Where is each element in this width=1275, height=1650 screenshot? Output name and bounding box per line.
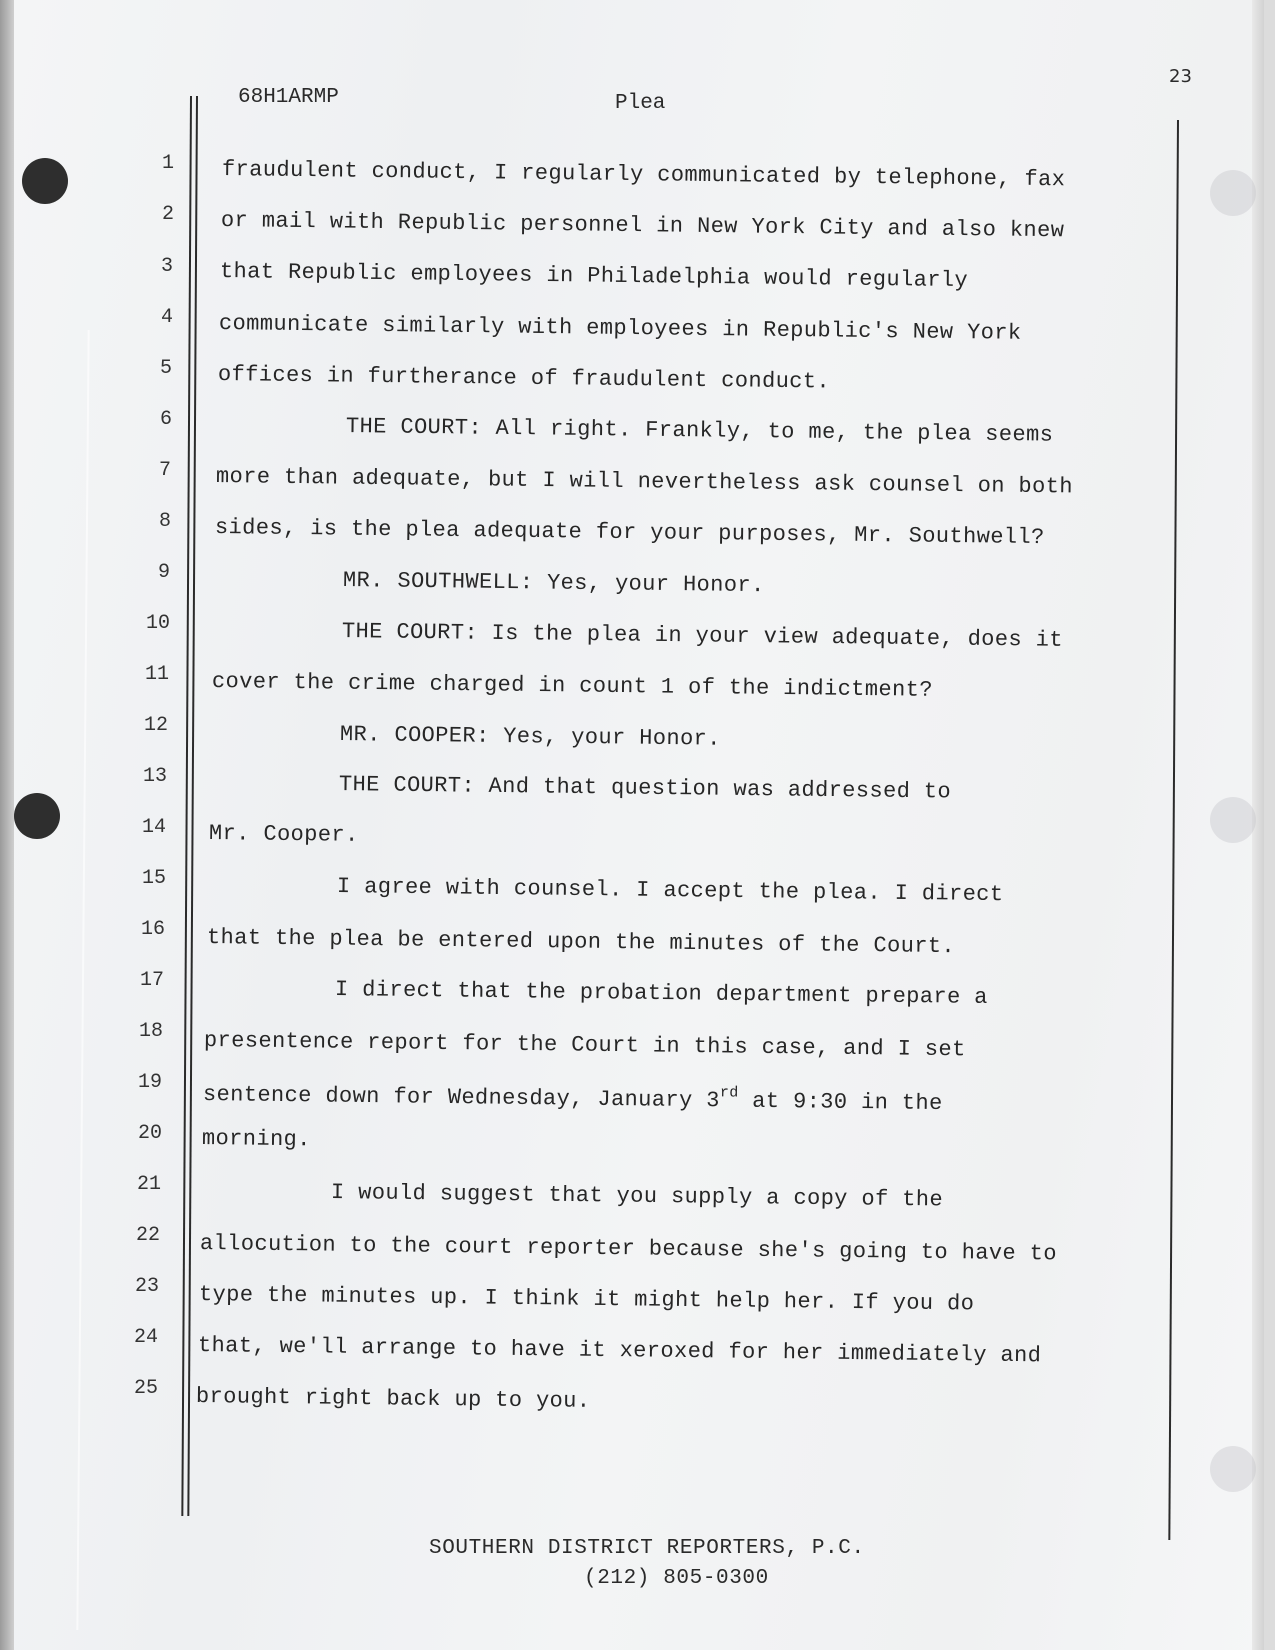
line-number: 14 (126, 816, 166, 839)
speaker-line-southwell: MR. SOUTHWELL: Yes, your Honor. (343, 568, 765, 598)
line-number: 21 (121, 1173, 161, 1196)
transcript-line: cover the crime charged in count 1 of th… (212, 669, 933, 703)
page-number: 23 (1169, 66, 1192, 87)
line-number: 20 (122, 1122, 162, 1145)
line-number: 7 (131, 459, 171, 482)
line-number: 24 (118, 1326, 158, 1349)
transcript-line: presentence report for the Court in this… (204, 1028, 966, 1062)
line-number: 25 (118, 1377, 158, 1400)
line-number: 1 (134, 152, 174, 175)
transcript-line: or mail with Republic personnel in New Y… (221, 208, 1065, 243)
line-number: 17 (124, 969, 164, 992)
speaker-line-court: THE COURT: Is the plea in your view adeq… (342, 619, 1063, 653)
line-number: 3 (133, 255, 173, 278)
speaker-line-court: THE COURT: All right. Frankly, to me, th… (346, 414, 1054, 448)
case-code: 68H1ARMP (238, 86, 339, 109)
section-title: Plea (615, 92, 665, 115)
line-number: 13 (127, 765, 167, 788)
transcript-line: I direct that the probation department p… (335, 977, 988, 1010)
line-number: 6 (132, 408, 172, 431)
transcript-line: I would suggest that you supply a copy o… (331, 1180, 943, 1212)
speaker-line-cooper: MR. COOPER: Yes, your Honor. (340, 722, 721, 752)
transcript-line: fraudulent conduct, I regularly communic… (222, 157, 1066, 192)
line-number: 10 (130, 612, 170, 635)
ordinal-suffix: rd (720, 1084, 739, 1101)
punch-hole-top (22, 158, 68, 204)
transcript-line: I agree with counsel. I accept the plea.… (337, 874, 1004, 907)
line-number: 15 (126, 867, 166, 890)
bleed-through-hole (1210, 797, 1256, 843)
line-number: 11 (129, 663, 169, 686)
transcript-line: communicate similarly with employees in … (219, 311, 1022, 346)
transcript-line: that Republic employees in Philadelphia … (220, 259, 968, 293)
paper-crease (76, 330, 89, 1630)
transcript-line: Mr. Cooper. (209, 821, 359, 848)
line-number: 8 (131, 510, 171, 533)
speaker-line-court: THE COURT: And that question was address… (339, 772, 951, 804)
transcript-line: brought right back up to you. (196, 1384, 591, 1414)
line-number: 4 (133, 306, 173, 329)
bleed-through-hole (1210, 170, 1256, 216)
transcript-line: morning. (202, 1126, 311, 1152)
line-text-after: at 9:30 in the (738, 1089, 942, 1116)
transcript-line: type the minutes up. I think it might he… (199, 1282, 975, 1316)
transcript-line: sides, is the plea adequate for your pur… (215, 515, 1045, 550)
line-number: 9 (130, 561, 170, 584)
line-number: 18 (123, 1020, 163, 1043)
punch-hole-middle (14, 793, 60, 839)
line-number: 19 (122, 1071, 162, 1094)
line-text-before: sentence down for Wednesday, January 3 (203, 1082, 720, 1113)
reporter-firm-name: SOUTHERN DISTRICT REPORTERS, P.C. (429, 1537, 865, 1560)
transcript-line: allocution to the court reporter because… (200, 1231, 1057, 1266)
transcript-line-with-superscript: sentence down for Wednesday, January 3rd… (203, 1078, 943, 1116)
bleed-through-hole (1210, 1446, 1256, 1492)
line-number: 16 (125, 918, 165, 941)
transcript-page: 68H1ARMP Plea 23 1 2 3 4 5 6 7 8 9 10 11… (14, 0, 1264, 1650)
line-number: 22 (120, 1224, 160, 1247)
line-number: 23 (119, 1275, 159, 1298)
transcript-line: that the plea be entered upon the minute… (207, 925, 955, 959)
right-margin-rule (1168, 120, 1178, 1540)
transcript-line: that, we'll arrange to have it xeroxed f… (198, 1333, 1042, 1368)
line-number: 2 (134, 203, 174, 226)
line-number: 12 (128, 714, 168, 737)
page-edge-shadow (0, 0, 14, 1650)
transcript-line: more than adequate, but I will neverthel… (216, 464, 1073, 499)
reporter-phone: (212) 805-0300 (584, 1567, 769, 1590)
line-number: 5 (132, 357, 172, 380)
transcript-line: offices in furtherance of fraudulent con… (218, 362, 830, 394)
